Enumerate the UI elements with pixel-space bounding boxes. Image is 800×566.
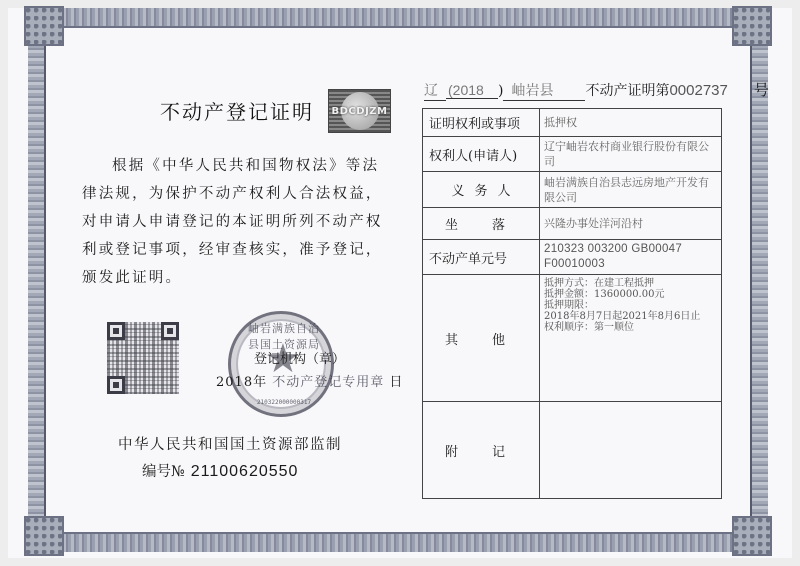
table-row: 权利人(申请人) 辽宁岫岩农村商业银行股份有限公司: [423, 137, 722, 172]
table-row: 不动产单元号 210323 003200 GB00047 F00010003: [423, 240, 722, 275]
table-row: 其他 抵押方式：在建工程抵押 抵押金额：1360000.00元 抵押期限： 20…: [423, 275, 722, 402]
row-label: 其他: [423, 275, 540, 402]
row-value: [540, 402, 722, 499]
ornament-corner-icon: [732, 6, 772, 46]
seal-code: 210322000000317: [251, 399, 317, 406]
mortgage-term: 2018年8月7日起2021年8月6日止: [544, 311, 717, 322]
other-details: 抵押方式：在建工程抵押 抵押金额：1360000.00元 抵押期限： 2018年…: [540, 275, 722, 402]
rights-table: 证明权利或事项 抵押权 权利人(申请人) 辽宁岫岩农村商业银行股份有限公司 义务…: [422, 108, 722, 499]
ornamental-border-left: [28, 8, 46, 552]
mortgage-amount: 抵押金额：1360000.00元: [544, 289, 717, 300]
cert-year: (2018: [446, 82, 498, 99]
row-label: 不动产单元号: [423, 240, 540, 275]
cert-number-label: 不动产证明第: [585, 83, 669, 99]
row-label: 义务人: [423, 172, 540, 208]
row-label: 证明权利或事项: [423, 109, 540, 137]
mortgage-method: 抵押方式：在建工程抵押: [544, 278, 717, 289]
rights-priority: 权利顺序：第一顺位: [544, 322, 717, 333]
serial-label: 编号№: [142, 464, 185, 480]
certificate-number-line: 辽(2018)岫岩县不动产证明第0002737号: [424, 79, 769, 101]
row-value: 抵押权: [540, 109, 722, 137]
ornament-corner-icon: [732, 516, 772, 556]
registration-authority-label: 登记机构（章）: [254, 348, 345, 367]
row-value: 岫岩满族自治县志远房地产开发有限公司: [540, 172, 722, 208]
cert-number: 0002737: [669, 82, 727, 99]
registration-date: 2018年 不动产登记专用章 日: [216, 371, 403, 390]
row-value: 210323 003200 GB00047 F00010003: [540, 240, 722, 275]
day-suffix: 日: [389, 375, 403, 390]
seal-overlay-text: 不动产登记专用章: [272, 375, 384, 390]
year-suffix: 年: [253, 375, 267, 390]
mortgage-term-label: 抵押期限：: [544, 300, 717, 311]
table-row: 证明权利或事项 抵押权: [423, 109, 722, 137]
row-label: 坐落: [423, 208, 540, 240]
bdcdjzm-logo: BDCDJZM: [328, 89, 391, 133]
table-row: 附记: [423, 402, 722, 499]
legal-preamble: 根据《中华人民共和国物权法》等法律法规，为保护不动产权利人合法权益，对申请人申请…: [82, 152, 394, 292]
ornamental-border-top: [36, 8, 760, 28]
serial-value: 21100620550: [191, 463, 299, 480]
table-row: 义务人 岫岩满族自治县志远房地产开发有限公司: [423, 172, 722, 208]
qr-code-icon: [107, 322, 179, 394]
row-value: 辽宁岫岩农村商业银行股份有限公司: [540, 137, 722, 172]
serial-number: 编号№21100620550: [142, 460, 298, 481]
ornamental-border-bottom: [36, 532, 760, 552]
table-row: 坐落 兴隆办事处洋河沿村: [423, 208, 722, 240]
row-label: 权利人(申请人): [423, 137, 540, 172]
ornament-corner-icon: [24, 516, 64, 556]
row-label: 附记: [423, 402, 540, 499]
registration-year: 2018: [216, 375, 253, 390]
row-value: 兴隆办事处洋河沿村: [540, 208, 722, 240]
certificate-title: 不动产登记证明: [160, 96, 314, 125]
county: 岫岩县: [503, 80, 585, 101]
province: 辽: [424, 80, 446, 101]
ornament-corner-icon: [24, 6, 64, 46]
supervised-by: 中华人民共和国国土资源部监制: [118, 433, 342, 454]
logo-text: BDCDJZM: [332, 106, 388, 117]
cert-number-suffix: 号: [754, 81, 769, 99]
